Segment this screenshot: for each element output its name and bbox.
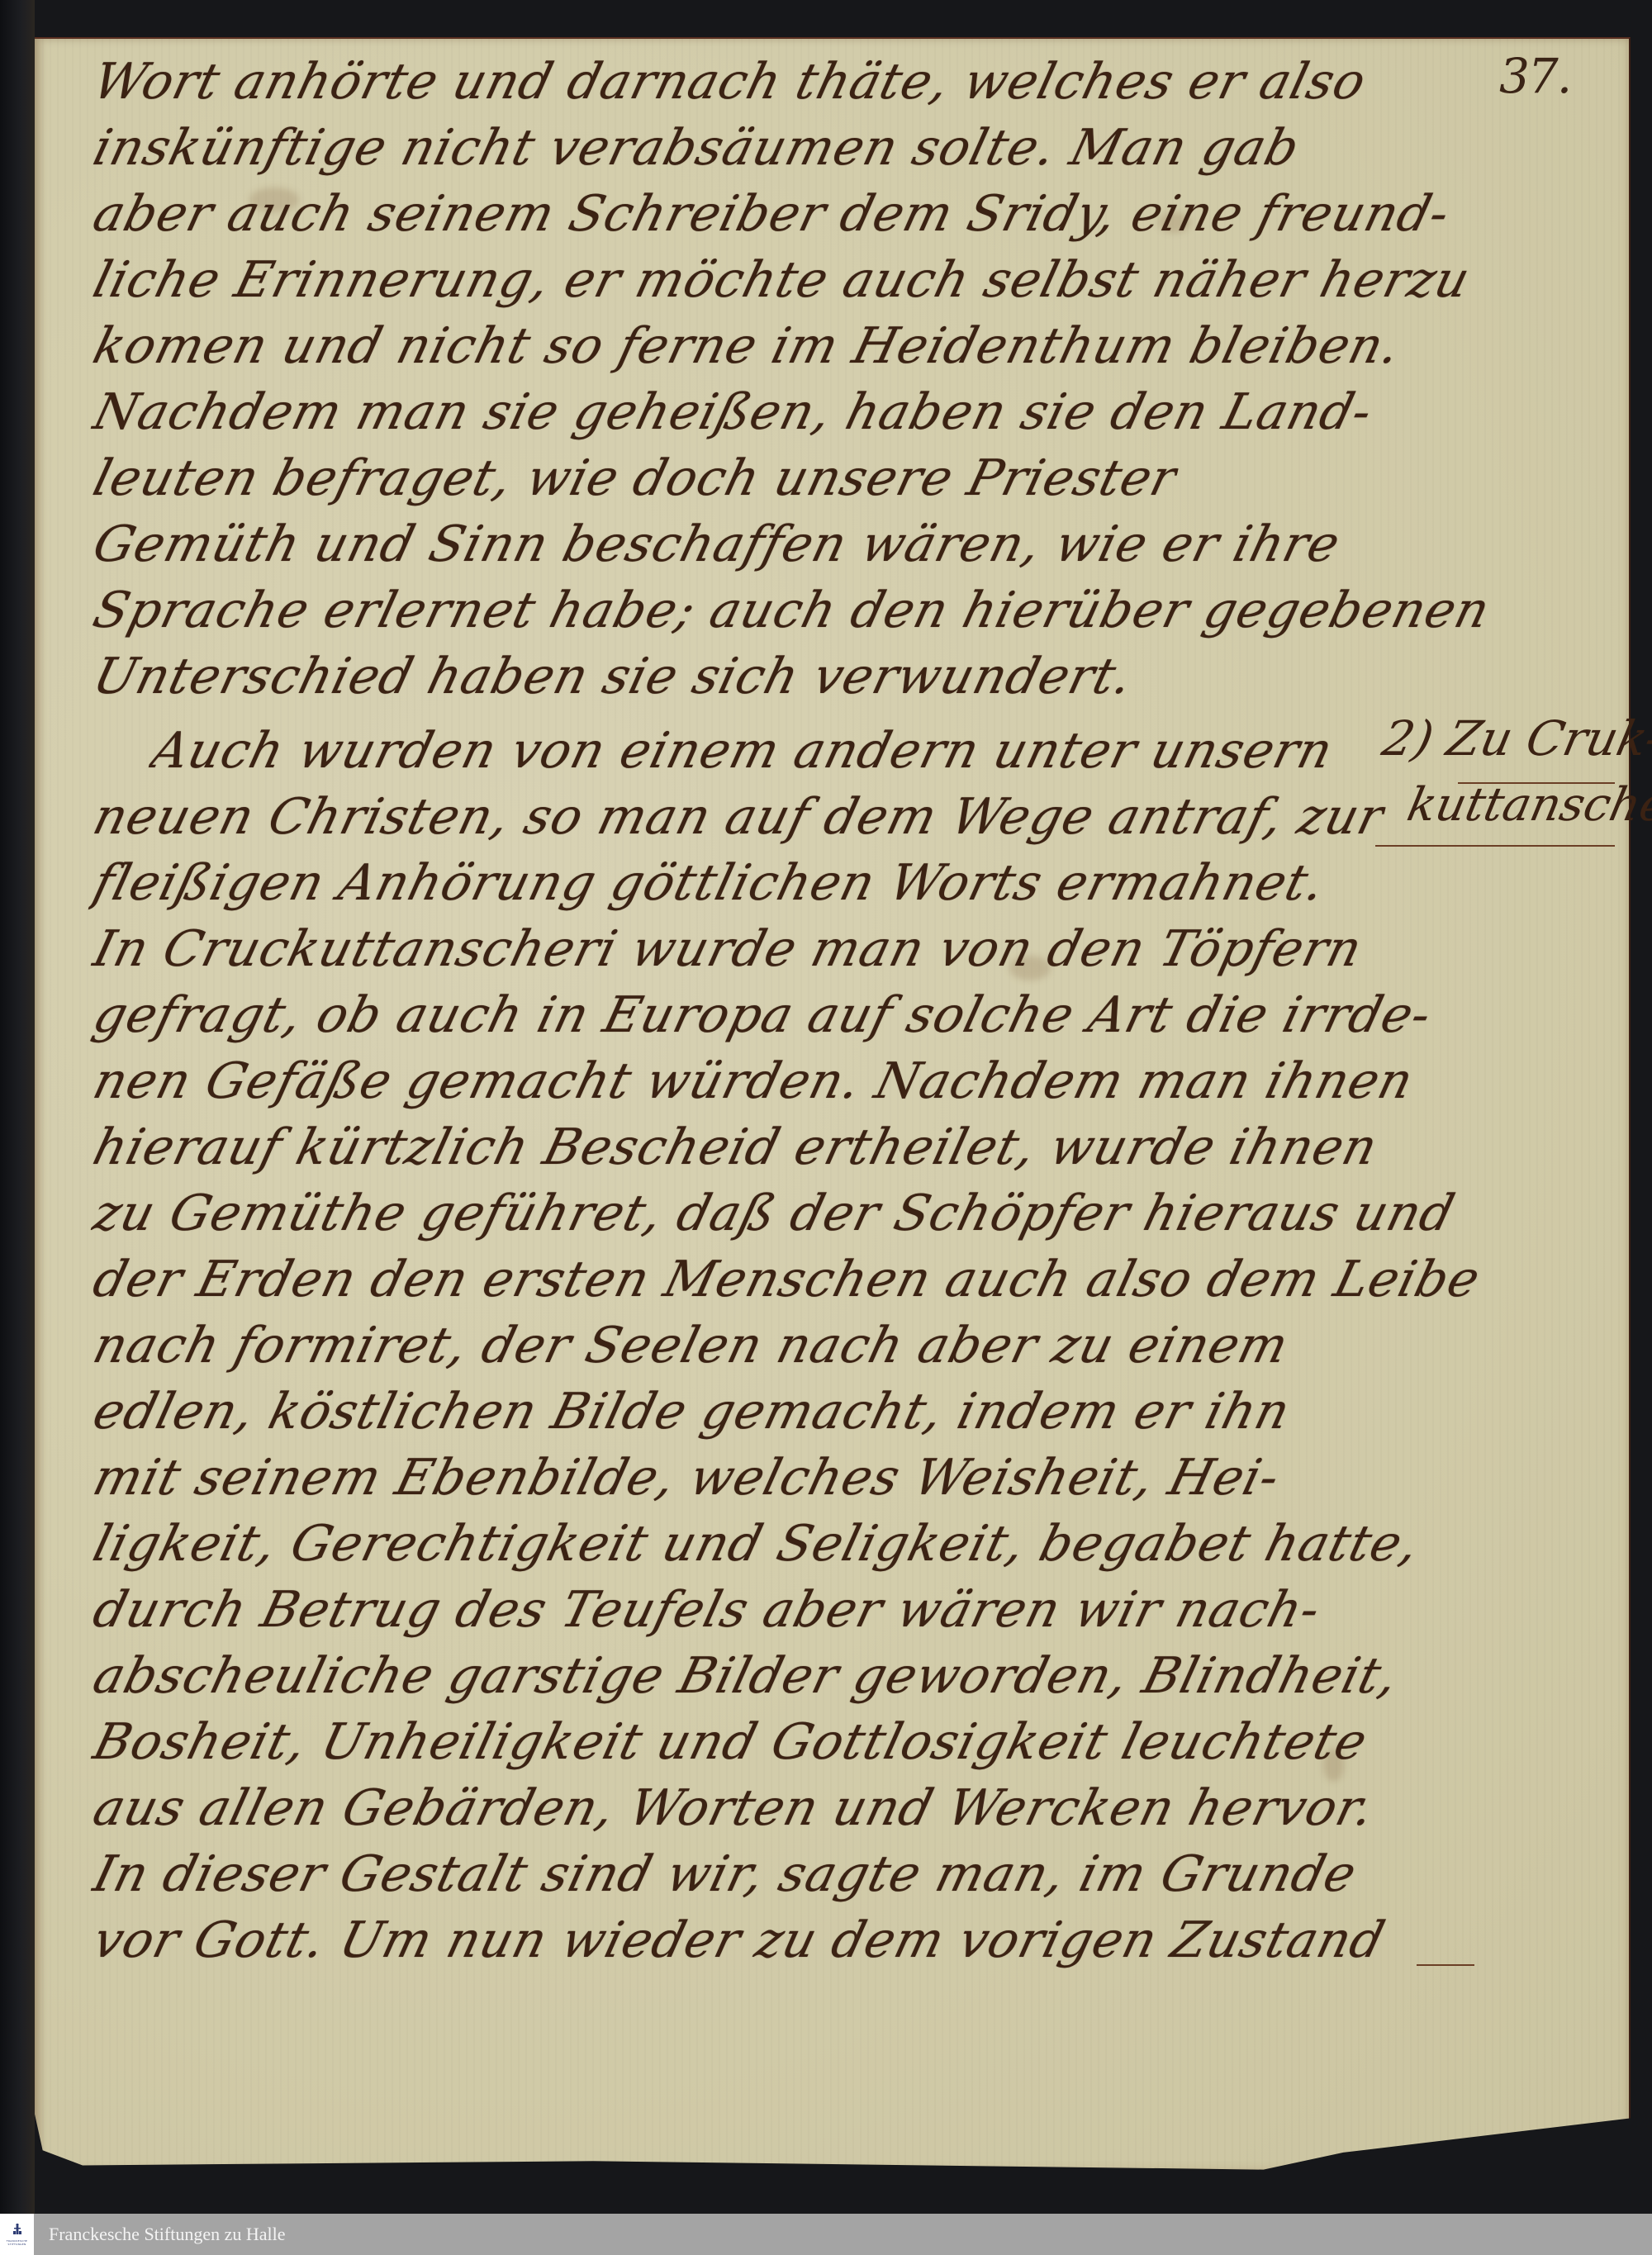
text-line: mit seinem Ebenbilde, welches Weisheit, … <box>87 1446 1286 1510</box>
text-line: In dieser Gestalt sind wir, sagte man, i… <box>87 1842 1363 1906</box>
logo-caption: FRANCKESCHE STIFTUNGEN <box>7 2239 27 2246</box>
text-line: fleißigen Anhörung göttlichen Worts erma… <box>87 851 1332 915</box>
text-line: neuen Christen, so man auf dem Wege antr… <box>87 785 1391 849</box>
marginal-note: 2) Zu Cruk- kuttanscheri. <box>1375 710 1615 876</box>
institution-footer-bar: FRANCKESCHE STIFTUNGEN Franckesche Stift… <box>0 2214 1652 2255</box>
line-end-dash <box>1417 1964 1474 1966</box>
text-line: aus allen Gebärden, Worten und Wercken h… <box>87 1776 1381 1840</box>
text-line: liche Erinnerung, er möchte auch selbst … <box>87 248 1477 312</box>
text-line: gefragt, ob auch in Europa auf solche Ar… <box>87 983 1438 1047</box>
binding-strip <box>0 0 35 2214</box>
text-line: Sprache erlernet habe; auch den hierüber… <box>87 578 1497 643</box>
institution-logo: FRANCKESCHE STIFTUNGEN <box>0 2214 34 2255</box>
marginal-note-line: 2) Zu Cruk- <box>1378 710 1652 767</box>
text-line: zu Gemüthe geführet, daß der Schöpfer hi… <box>87 1181 1461 1246</box>
francke-foundation-logo-icon <box>12 2223 23 2239</box>
text-line: In Cruckuttanscheri wurde man von den Tö… <box>87 917 1369 981</box>
text-line: nen Gefäße gemacht würden. Nachdem man i… <box>87 1049 1420 1113</box>
text-line: Unterschied haben sie sich verwundert. <box>87 644 1140 709</box>
text-line: vor Gott. Um nun wieder zu dem vorigen Z… <box>87 1908 1392 1973</box>
text-line: ligkeit, Gerechtigkeit und Seligkeit, be… <box>87 1512 1426 1576</box>
text-line: durch Betrug des Teufels aber wären wir … <box>87 1578 1327 1642</box>
text-line: aber auch seinem Schreiber dem Sridy, ei… <box>87 182 1456 246</box>
text-line: Nachdem man sie geheißen, haben sie den … <box>87 380 1379 444</box>
text-line: edlen, köstlichen Bilde gemacht, indem e… <box>87 1379 1297 1444</box>
marginal-note-line: kuttanscheri. <box>1403 778 1652 832</box>
text-line: Auch wurden von einem andern unter unser… <box>145 719 1340 783</box>
text-line: hierauf kürtzlich Bescheid ertheilet, wu… <box>87 1115 1384 1180</box>
text-line: Bosheit, Unheiligkeit und Gottlosigkeit … <box>87 1710 1374 1774</box>
marginal-underline <box>1375 845 1615 847</box>
folio-number: 37. <box>1499 48 1570 104</box>
logo-caption-line: STIFTUNGEN <box>7 2243 27 2246</box>
text-line: abscheuliche garstige Bilder geworden, B… <box>87 1644 1405 1708</box>
text-line: komen und nicht so ferne im Heidenthum b… <box>87 314 1408 378</box>
text-line: der Erden den ersten Menschen auch also … <box>87 1247 1487 1312</box>
text-line: inskünftige nicht verabsäumen solte. Man… <box>87 116 1306 180</box>
text-line: Gemüth und Sinn beschaffen wären, wie er… <box>87 512 1347 577</box>
institution-name: Franckesche Stiftungen zu Halle <box>49 2224 286 2245</box>
text-line: leuten befraget, wie doch unsere Prieste… <box>87 446 1184 510</box>
text-line: nach formiret, der Seelen nach aber zu e… <box>87 1313 1295 1378</box>
text-line: Wort anhörte und darnach thäte, welches … <box>87 50 1373 114</box>
